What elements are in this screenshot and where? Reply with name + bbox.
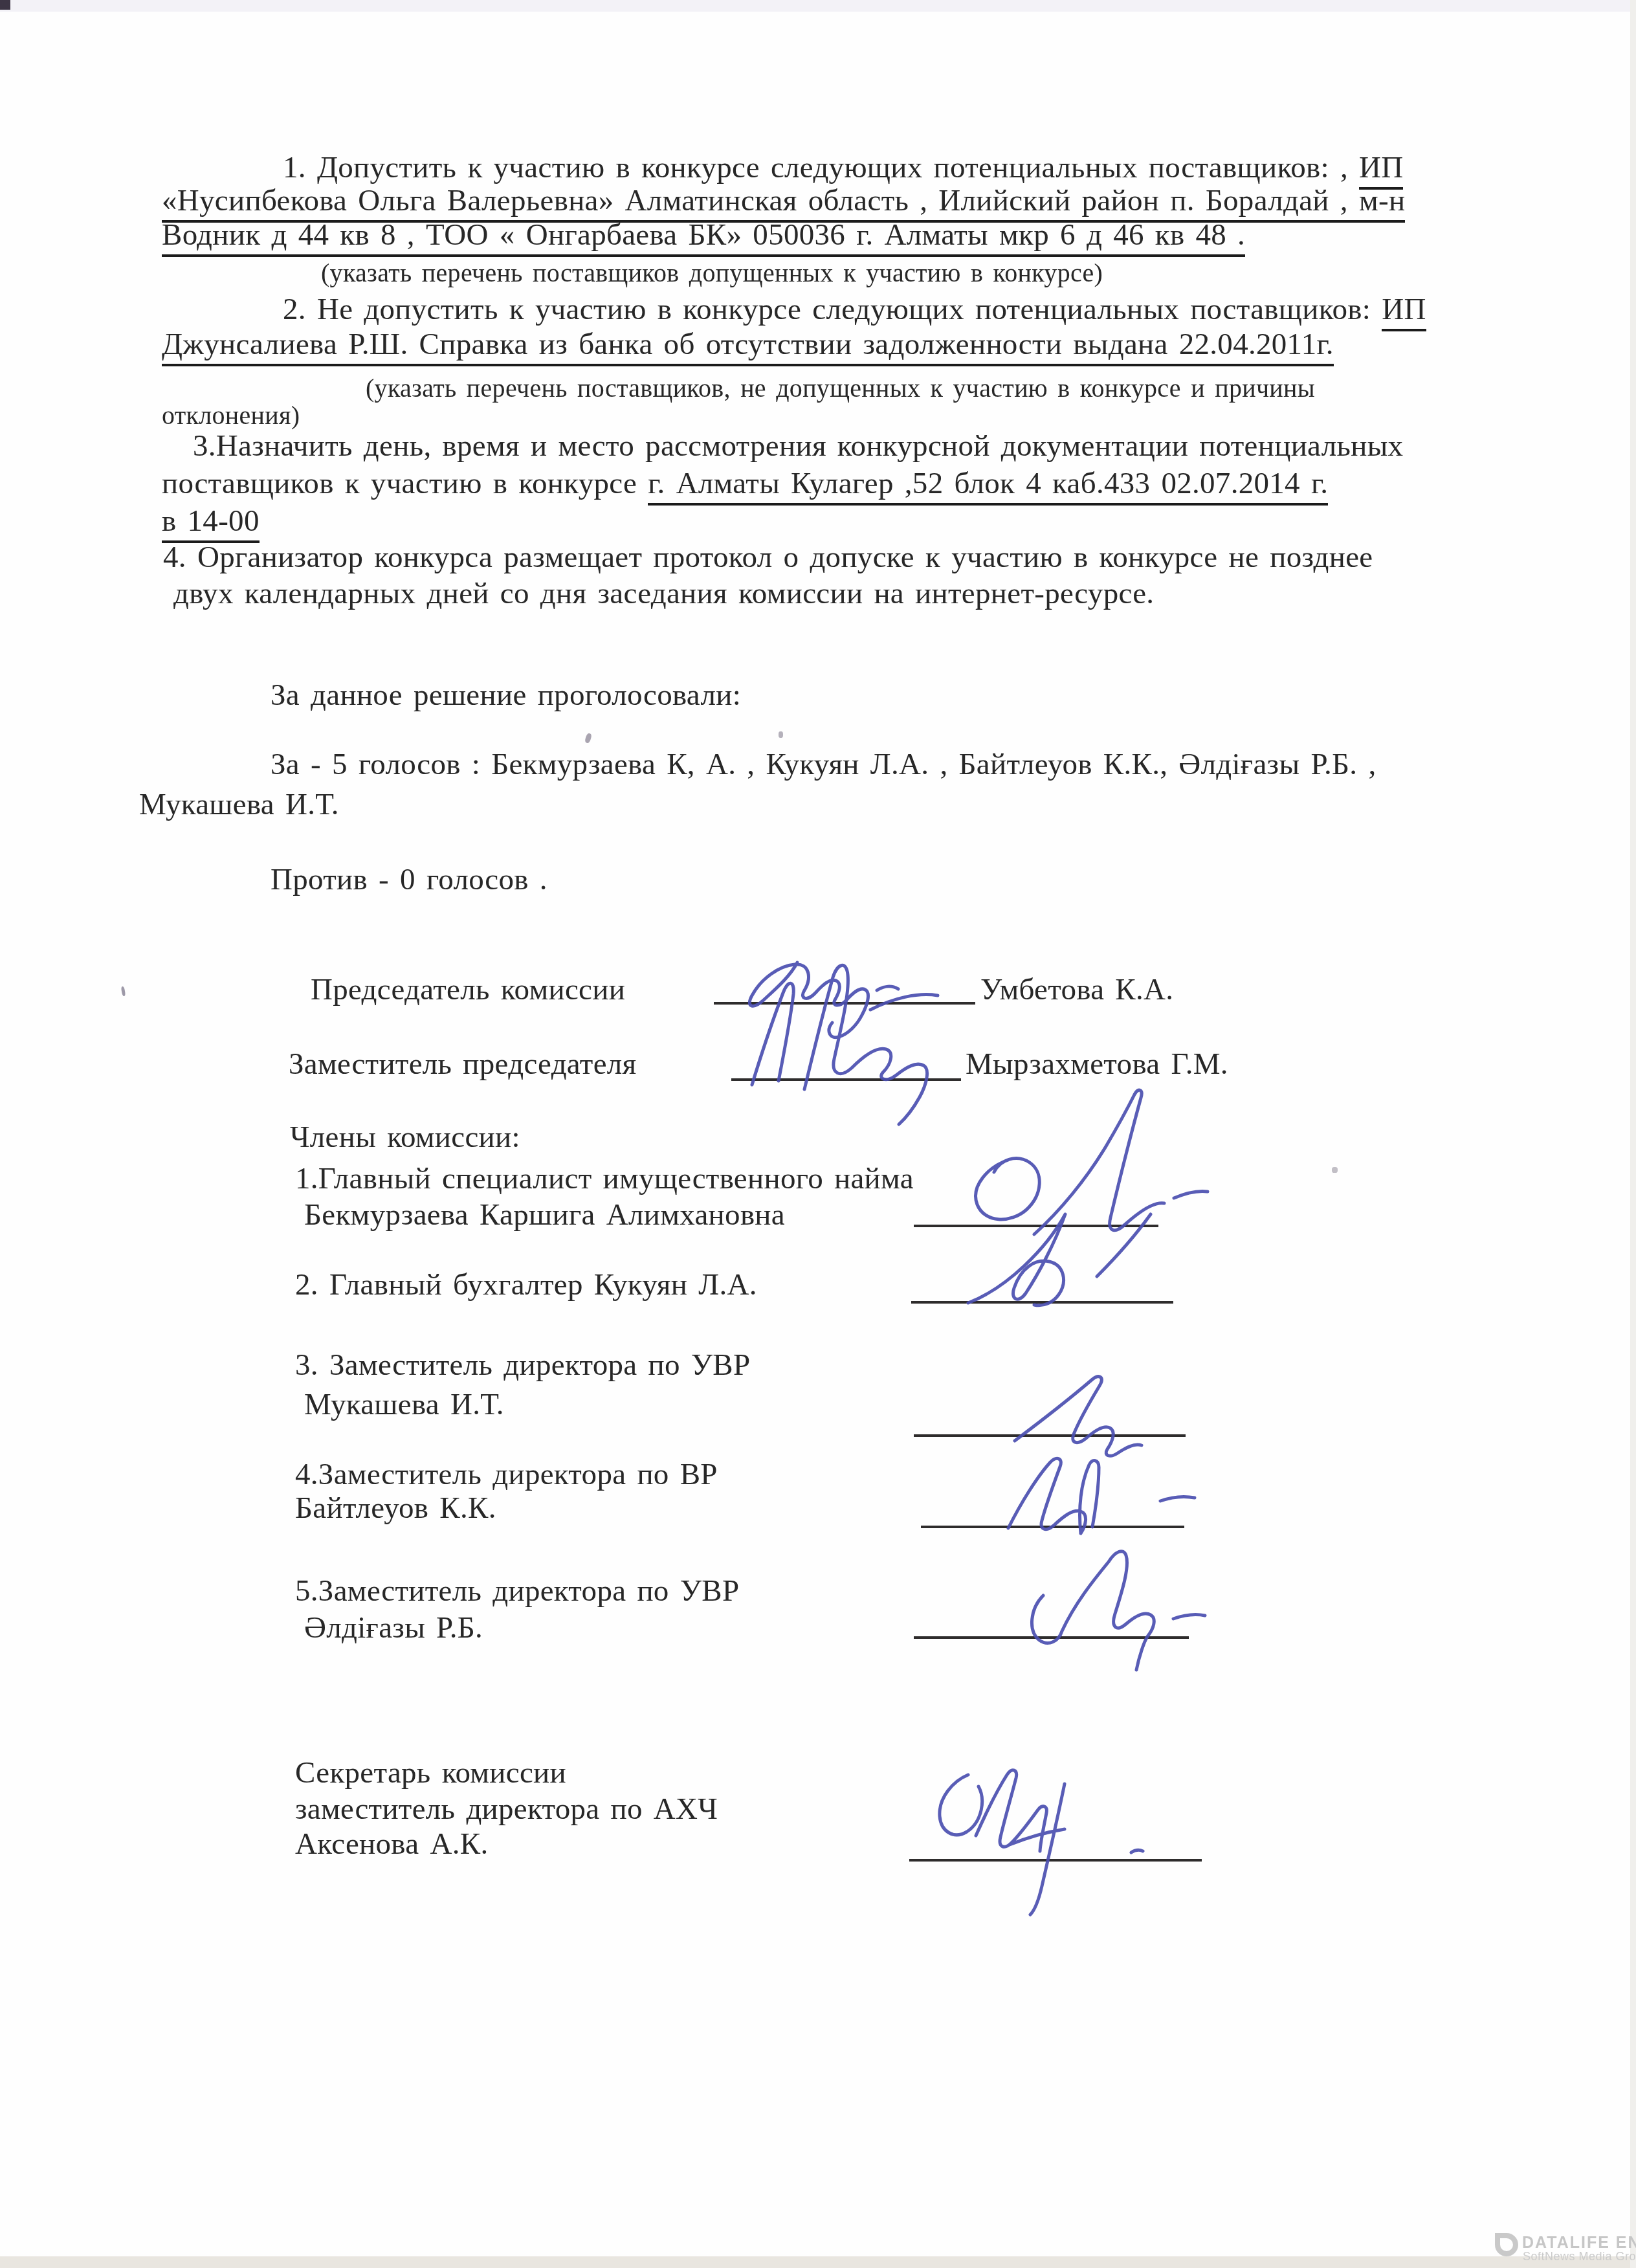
scan-right-edge bbox=[1630, 0, 1636, 2268]
scan-speck bbox=[779, 731, 783, 738]
member5-name: Әлдіғазы Р.Б. bbox=[304, 1613, 483, 1643]
secretary-line3: Аксенова А.К. bbox=[295, 1829, 488, 1860]
signature-mukasheva-ink bbox=[1015, 1377, 1142, 1456]
chairman-name: Умбетова К.А. bbox=[980, 975, 1173, 1005]
item3-line2-underlined: г. Алматы Кулагер ,52 блок 4 каб.433 02.… bbox=[648, 467, 1328, 506]
member5-signature-line bbox=[914, 1636, 1189, 1639]
member3-role: 3. Заместитель директора по УВР bbox=[295, 1350, 750, 1381]
chairman-signature-line bbox=[714, 1002, 975, 1005]
item4-line2: двух календарных дней со дня заседания к… bbox=[173, 579, 1154, 609]
scan-speck bbox=[584, 733, 592, 744]
item1-line2: «Нусипбекова Ольга Валерьевна» Алматинск… bbox=[162, 186, 1405, 216]
deputy-label: Заместитель председателя bbox=[289, 1049, 636, 1080]
scan-speck bbox=[1332, 1167, 1338, 1173]
member3-signature-line bbox=[914, 1434, 1186, 1437]
watermark-subtitle: SoftNews Media Group bbox=[1523, 2251, 1636, 2262]
item3-line3: в 14-00 bbox=[162, 506, 260, 537]
item2-line1-text: 2. Не допустить к участию в конкурсе сле… bbox=[283, 293, 1382, 326]
member4-role: 4.Заместитель директора по ВР bbox=[295, 1460, 718, 1490]
scan-top-edge bbox=[0, 0, 1636, 12]
deputy-signature-line bbox=[731, 1078, 961, 1081]
member2-role: 2. Главный бухгалтер Кукуян Л.А. bbox=[295, 1270, 757, 1300]
signature-myrzakhmetova-ink bbox=[752, 965, 938, 1124]
signature-aldigazy-ink bbox=[1032, 1551, 1205, 1670]
watermark-title: DataLife Engine bbox=[1522, 2235, 1636, 2251]
item3-line1: 3.Назначить день, время и место рассмотр… bbox=[193, 431, 1403, 461]
item3-line3-underlined: в 14-00 bbox=[162, 504, 260, 543]
member2-signature-line bbox=[911, 1301, 1173, 1304]
item3-line2-text: поставщиков к участию в конкурсе bbox=[162, 467, 648, 500]
member4-signature-line bbox=[921, 1526, 1184, 1528]
deputy-name: Мырзахметова Г.М. bbox=[966, 1049, 1228, 1080]
scan-bottom-edge bbox=[0, 2256, 1636, 2268]
member1-role: 1.Главный специалист имущественного найм… bbox=[295, 1164, 914, 1194]
signature-aksenova-ink bbox=[940, 1770, 1143, 1915]
member3-name: Мукашева И.Т. bbox=[304, 1390, 504, 1420]
secretary-line2: заместитель директора по АХЧ bbox=[295, 1794, 718, 1825]
member5-role: 5.Заместитель директора по УВР bbox=[295, 1576, 739, 1606]
item2-line2-underlined: Джунсалиева Р.Ш. Справка из банка об отс… bbox=[162, 328, 1334, 366]
signature-umbetova-ink bbox=[749, 962, 898, 1038]
voting-for-line1: За - 5 голосов : Бекмурзаева К, А. , Кук… bbox=[271, 750, 1376, 780]
signature-kukuyan-ink bbox=[968, 1214, 1065, 1306]
member4-name: Байтлеуов К.К. bbox=[295, 1493, 496, 1524]
chairman-label: Председатель комиссии bbox=[311, 975, 625, 1005]
item2-line2: Джунсалиева Р.Ш. Справка из банка об отс… bbox=[162, 329, 1334, 360]
item1-line3-underlined: Водник д 44 кв 8 , ТОО « Онгарбаева БК» … bbox=[162, 218, 1245, 257]
item4-line1: 4. Организатор конкурса размещает проток… bbox=[163, 542, 1373, 573]
item1-line1: 1. Допустить к участию в конкурсе следую… bbox=[283, 153, 1403, 183]
item2-note-line1: (указать перечень поставщиков, не допуще… bbox=[366, 375, 1315, 401]
voting-intro: За данное решение проголосовали: bbox=[271, 680, 741, 711]
voting-for-line2: Мукашева И.Т. bbox=[139, 790, 339, 820]
signature-bekmurzayeva-ink bbox=[976, 1090, 1208, 1276]
item1-line1-text: 1. Допустить к участию в конкурсе следую… bbox=[283, 151, 1359, 184]
item1-line3: Водник д 44 кв 8 , ТОО « Онгарбаева БК» … bbox=[162, 220, 1245, 250]
voting-against: Против - 0 голосов . bbox=[271, 865, 547, 895]
member1-signature-line bbox=[914, 1225, 1158, 1227]
item2-line1: 2. Не допустить к участию в конкурсе сле… bbox=[283, 295, 1426, 325]
item1-line2-underlined: «Нусипбекова Ольга Валерьевна» Алматинск… bbox=[162, 184, 1405, 223]
secretary-line1: Секретарь комиссии bbox=[295, 1758, 566, 1788]
members-heading: Члены комиссии: bbox=[290, 1122, 520, 1153]
scanned-document-page: 1. Допустить к участию в конкурсе следую… bbox=[0, 0, 1636, 2268]
scan-corner-artifact bbox=[0, 0, 10, 10]
signature-baitleuov-ink bbox=[1008, 1458, 1195, 1533]
member1-name: Бекмурзаева Каршига Алимхановна bbox=[304, 1200, 785, 1230]
item1-note: (указать перечень поставщиков допущенных… bbox=[321, 260, 1103, 286]
item2-note-line2: отклонения) bbox=[162, 403, 300, 428]
item2-line1-underlined: ИП bbox=[1382, 293, 1426, 331]
item3-line2: поставщиков к участию в конкурсе г. Алма… bbox=[162, 469, 1328, 499]
scan-speck bbox=[121, 986, 126, 997]
secretary-signature-line bbox=[909, 1859, 1202, 1862]
